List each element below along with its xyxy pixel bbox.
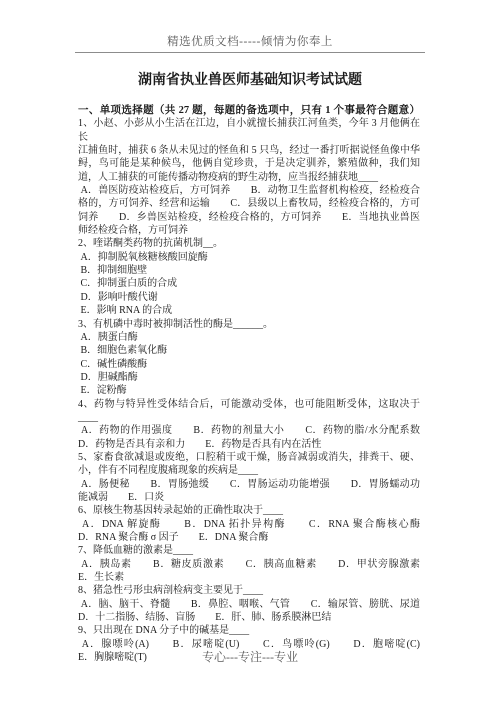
exam-line: 3、有机磷中毒时被抑制活性的酶是______。 [78,318,420,331]
exam-line: E．影响 RNA 的合成 [78,304,420,317]
exam-line: 鲟，鸟可能是某种候鸟，他俩自觉珍贵，于是决定驯养，繁殖做种，我们知 [78,157,420,170]
exam-line: 1、小赵、小彭从小生活在江边，自小就擅长捕获江河鱼类，今年 3 月他俩在长 [78,117,420,144]
exam-line: 饲养 D．乡兽医站检疫，经检疫合格的，方可饲养 E．当地执业兽医 [78,211,420,224]
exam-line: 9、只出现在 DNA 分子中的碱基是____ [78,624,420,637]
exam-line: D．RNA 聚合酶 σ 因子 E．DNA 聚合酶 [78,531,420,544]
exam-line: 一、单项选择题（共 27 题，每题的备选项中，只有 1 个事最符合题意） [78,104,420,117]
exam-line: A．胰岛素 B．糖皮质激素 C．胰高血糖素 D．甲状旁腺激素 [78,558,420,571]
exam-line: A．兽医防疫站检疫后，方可饲养 B．动物卫生监督机构检疫，经检疫合 [78,184,420,197]
exam-line: A．肠便秘 B．胃肠弛缓 C．胃肠运动功能增强 D．胃肠蠕动功 [78,478,420,491]
exam-line: 能减弱 E．口炎 [78,491,420,504]
exam-line: A．抑制脱氧核糖核酸回旋酶 [78,251,420,264]
exam-line: A．药物的作用强度 B．药物的剂量大小 C．药物的脂/水分配系数 [78,424,420,437]
exam-line: D．胆碱酯酶 [78,371,420,384]
exam-line: B．抑制细胞壁 [78,264,420,277]
exam-line: 2、喹诺酮类药物的抗菌机制__。 [78,237,420,250]
exam-line: C．抑制蛋白质的合成 [78,277,420,290]
exam-line: B．细胞色素氧化酶 [78,344,420,357]
exam-line: 格的，方可饲养、经营和运输 C．县级以上畜牧局，经检疫合格的，方可 [78,197,420,210]
exam-line: E．生长素 [78,571,420,584]
exam-line: C．碱性磷酸酶 [78,358,420,371]
exam-line: 4、药物与特异性受体结合后，可能激动受体，也可能阻断受体，这取决于____ [78,398,420,425]
exam-line: 5、家畜食欲减退或废绝，口腔稍干或干燥，肠音减弱或消失，排粪干、硬、 [78,451,420,464]
exam-line: 6、原核生物基因转录起始的正确性取决于____ [78,504,420,517]
page: 精选优质文档-----倾情为你奉上 湖南省执业兽医师基础知识考试试题 一、单项选… [0,0,500,707]
exam-line: A．DNA 解旋酶 B．DNA 拓扑异构酶 C．RNA 聚合酶核心酶 [78,518,420,531]
exam-line: 道，人工捕获的可能传播动物疫病的野生动物，应当报经捕获地____ [78,171,420,184]
exam-line: E．淀粉酶 [78,384,420,397]
exam-line: D．影响叶酸代谢 [78,291,420,304]
document-title: 湖南省执业兽医师基础知识考试试题 [0,69,500,89]
header-divider [75,52,425,53]
exam-line: 江捕鱼时，捕获 6 条从未见过的怪鱼和 5 只鸟，经过一番打听据说怪鱼像中华 [78,144,420,157]
exam-line: 8、猪急性弓形虫病剖检病变主要见于____ [78,584,420,597]
exam-body: 一、单项选择题（共 27 题，每题的备选项中，只有 1 个事最符合题意）1、小赵… [78,104,420,664]
exam-line: A．脑、脑干、脊髓 B．鼻腔、咽喉、气管 C．输尿管、膀胱、尿道 [78,598,420,611]
exam-line: D．药物是否具有亲和力 E．药物是否具有内在活性 [78,438,420,451]
exam-line: 小，伴有不同程度腹痛现象的疾病是____ [78,464,420,477]
exam-line: D．十二指肠、结肠、盲肠 E．肝、肺、肠系膜淋巴结 [78,611,420,624]
exam-line: 7、降低血糖的激素是____ [78,544,420,557]
footer-text: 专心---专注---专业 [0,648,500,665]
exam-line: A．胰蛋白酶 [78,331,420,344]
exam-line: 师经检疫合格，方可饲养 [78,224,420,237]
header-text: 精选优质文档-----倾情为你奉上 [0,33,500,49]
